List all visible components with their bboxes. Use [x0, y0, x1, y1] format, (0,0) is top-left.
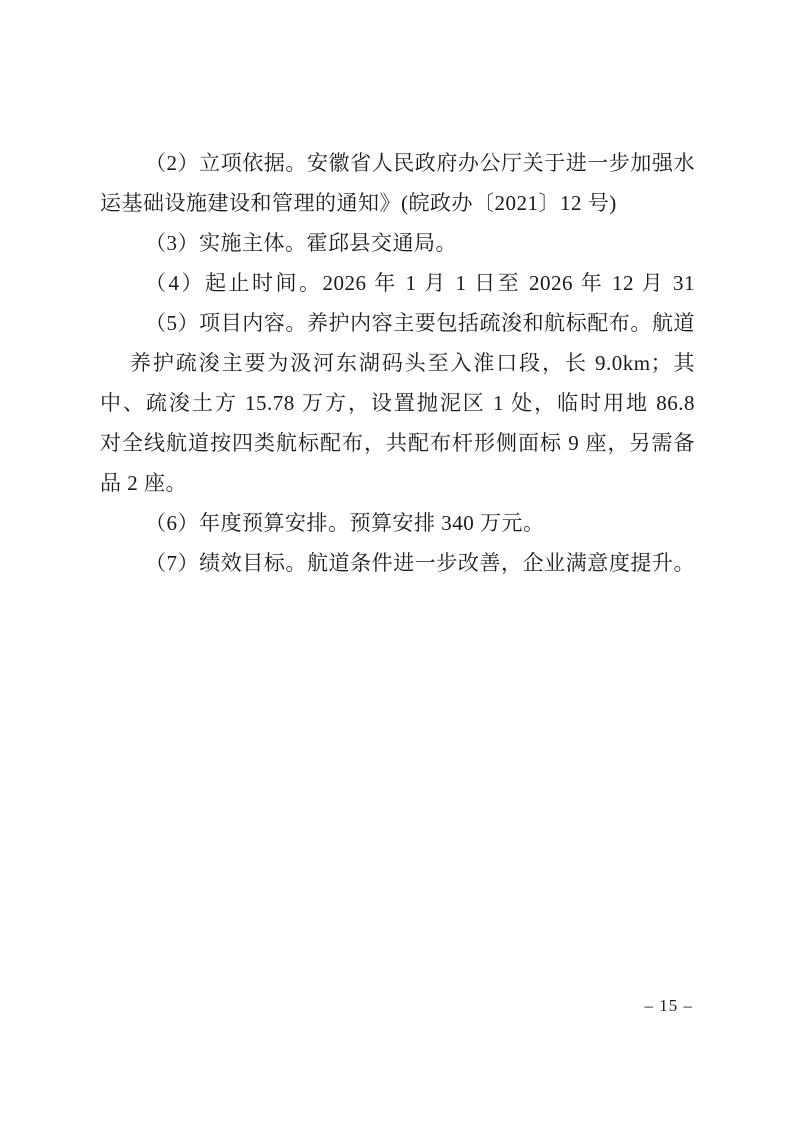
text-line: （4）起止时间。2026 年 1 月 1 日至 2026 年 12 月 31 日… — [100, 263, 695, 303]
text-line: （6）年度预算安排。预算安排 340 万元。 — [100, 503, 695, 543]
text-line: 养护疏浚主要为汲河东湖码头至入淮口段，长 9.0km；其 — [100, 343, 695, 383]
body-text: （2）立项依据。安徽省人民政府办公厅关于进一步加强水 运基础设施建设和管理的通知… — [100, 143, 695, 583]
text-line: 运基础设施建设和管理的通知》(皖政办〔2021〕12 号) — [100, 183, 695, 223]
text-line: （7）绩效目标。航道条件进一步改善，企业满意度提升。 — [100, 543, 695, 583]
text-line: 对全线航道按四类航标配布，共配布杆形侧面标 9 座，另需备 — [100, 423, 695, 463]
text-line: 中、疏浚土方 15.78 万方，设置抛泥区 1 处，临时用地 86.8 亩； — [100, 383, 695, 423]
text-line: 品 2 座。 — [100, 463, 695, 503]
page-number: – 15 – — [645, 994, 694, 1018]
text-line: （2）立项依据。安徽省人民政府办公厅关于进一步加强水 — [100, 143, 695, 183]
document-page: （2）立项依据。安徽省人民政府办公厅关于进一步加强水 运基础设施建设和管理的通知… — [0, 0, 793, 1122]
text-line: （5）项目内容。养护内容主要包括疏浚和航标配布。航道 — [100, 303, 695, 343]
text-line: （3）实施主体。霍邱县交通局。 — [100, 223, 695, 263]
